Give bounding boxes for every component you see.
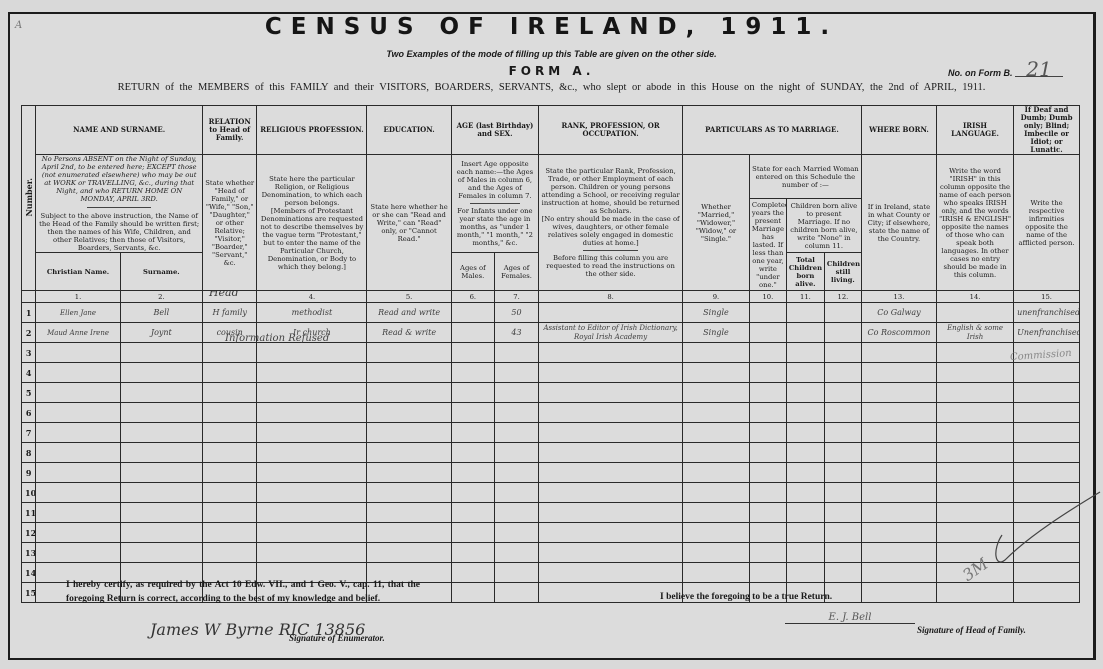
occupation-header: RANK, PROFESSION, OR OCCUPATION.: [539, 106, 683, 155]
form-b-value: 21: [1015, 62, 1063, 77]
cell-born: [861, 523, 936, 543]
cell-age-m: [451, 563, 494, 583]
cell-marriage: [683, 503, 750, 523]
cell-marriage: [683, 443, 750, 463]
religion-instructions: State here the particular Religion, or R…: [257, 155, 367, 291]
cell-age-m: [451, 483, 494, 503]
row-number: 7: [22, 423, 36, 443]
column-numbers-row: 1.2. 3.Head 4.5. 6.7. 8.9. 10.11. 12.13.…: [22, 291, 1080, 303]
cell-education: [367, 463, 451, 483]
cell-age-m: [451, 323, 494, 343]
cell-born: [861, 383, 936, 403]
cell-surname: [120, 523, 202, 543]
cell-infirmity: [1014, 443, 1080, 463]
cell-christian: [36, 423, 120, 443]
cell-age-m: [451, 403, 494, 423]
cell-age-f: [494, 523, 538, 543]
cell-total: [786, 403, 824, 423]
return-instruction: RETURN of the MEMBERS of this FAMILY and…: [0, 82, 1103, 93]
irish-language-header: IRISH LANGUAGE.: [936, 106, 1013, 155]
cell-education: [367, 443, 451, 463]
cell-occupation: [539, 403, 683, 423]
cell-marriage: [683, 523, 750, 543]
cell-born: [861, 443, 936, 463]
cell-christian: [36, 543, 120, 563]
cell-relation: [202, 383, 256, 403]
cell-living: [824, 303, 861, 323]
surname-header: Surname.: [120, 253, 202, 291]
cell-surname: Joynt: [120, 323, 202, 343]
form-label: FORM A.: [0, 64, 1103, 78]
cell-born: [861, 363, 936, 383]
cell-religion: [257, 523, 367, 543]
cell-irish: [936, 383, 1013, 403]
table-row: 12: [22, 523, 1080, 543]
ages-males-header: Ages of Males.: [451, 253, 494, 291]
cell-occupation: [539, 503, 683, 523]
form-b-label: No. on Form B.: [948, 68, 1013, 78]
information-refused-note: Information Refused: [225, 333, 329, 344]
cell-occupation: [539, 423, 683, 443]
table-row: 10: [22, 483, 1080, 503]
cell-born: [861, 483, 936, 503]
cell-religion: [257, 423, 367, 443]
cell-relation: H family: [202, 303, 256, 323]
cell-total: [786, 383, 824, 403]
married-woman-instructions: State for each Married Woman entered on …: [749, 155, 861, 199]
cell-living: [824, 363, 861, 383]
cell-irish: [936, 463, 1013, 483]
cell-irish: [936, 403, 1013, 423]
cell-infirmity: [1014, 423, 1080, 443]
census-rows: 1Ellen JaneBellH familymethodistRead and…: [22, 303, 1080, 603]
children-living-header: Children still living.: [824, 253, 861, 291]
table-row: 8: [22, 443, 1080, 463]
cell-infirmity: unenfranchised: [1014, 303, 1080, 323]
cell-born: [861, 503, 936, 523]
row-number: 10: [22, 483, 36, 503]
cell-total: [786, 363, 824, 383]
cell-religion: [257, 443, 367, 463]
cell-total: [786, 343, 824, 363]
cell-years: [749, 463, 786, 483]
cell-relation: [202, 443, 256, 463]
cell-relation: [202, 503, 256, 523]
row-number: 4: [22, 363, 36, 383]
cell-irish: English & some Irish: [936, 323, 1013, 343]
cell-age-f: [494, 423, 538, 443]
cell-living: [824, 503, 861, 523]
cell-years: [749, 343, 786, 363]
cell-born: [861, 543, 936, 563]
cell-marriage: [683, 343, 750, 363]
cell-age-f: [494, 563, 538, 583]
cell-surname: [120, 463, 202, 483]
cell-living: [824, 383, 861, 403]
cell-age-m: [451, 583, 494, 603]
table-row: 5: [22, 383, 1080, 403]
cell-christian: [36, 343, 120, 363]
cell-age-m: [451, 443, 494, 463]
row-number: 11: [22, 503, 36, 523]
cell-age-f: [494, 343, 538, 363]
cell-christian: Maud Anne Irene: [36, 323, 120, 343]
true-return-statement: I believe the foregoing to be a true Ret…: [660, 592, 832, 602]
form-subtitle: Two Examples of the mode of filling up t…: [0, 49, 1103, 59]
cell-age-m: [451, 303, 494, 323]
cell-living: [824, 563, 861, 583]
table-row: 11: [22, 503, 1080, 523]
cell-education: [367, 403, 451, 423]
row-number: 12: [22, 523, 36, 543]
relation-header: RELATION to Head of Family.: [202, 106, 256, 155]
head-of-family-signature: E. J. Bell: [785, 612, 915, 624]
cell-age-f: [494, 543, 538, 563]
cell-born: [861, 403, 936, 423]
cell-total: [786, 483, 824, 503]
cell-age-m: [451, 503, 494, 523]
cell-years: [749, 503, 786, 523]
cell-surname: [120, 363, 202, 383]
cell-infirmity: [1014, 383, 1080, 403]
cell-education: [367, 523, 451, 543]
cell-age-f: [494, 383, 538, 403]
cell-relation: [202, 423, 256, 443]
cell-irish: [936, 363, 1013, 383]
cell-marriage: [683, 543, 750, 563]
cell-surname: [120, 343, 202, 363]
cell-age-f: 43: [494, 323, 538, 343]
cell-living: [824, 323, 861, 343]
cell-living: [824, 423, 861, 443]
cell-total: [786, 523, 824, 543]
row-number: 15: [22, 583, 36, 603]
cell-total: [786, 563, 824, 583]
cell-christian: [36, 503, 120, 523]
row-number: 13: [22, 543, 36, 563]
cell-age-m: [451, 383, 494, 403]
table-row: 7: [22, 423, 1080, 443]
cell-born: [861, 583, 936, 603]
cell-occupation: [539, 363, 683, 383]
cell-relation: [202, 363, 256, 383]
marriage-header: PARTICULARS AS TO MARRIAGE.: [683, 106, 862, 155]
cell-years: [749, 363, 786, 383]
cell-relation: [202, 543, 256, 563]
cell-living: [824, 463, 861, 483]
cell-born: [861, 463, 936, 483]
cell-years: [749, 443, 786, 463]
cell-irish: [936, 303, 1013, 323]
cell-education: Read and write: [367, 303, 451, 323]
cell-marriage: [683, 463, 750, 483]
cell-surname: [120, 503, 202, 523]
cell-age-f: [494, 443, 538, 463]
cell-religion: [257, 463, 367, 483]
form-title: CENSUS OF IRELAND, 1911.: [0, 14, 1103, 40]
age-instructions: Insert Age opposite each name:—the Ages …: [451, 155, 538, 253]
cell-age-f: [494, 403, 538, 423]
cell-years: [749, 543, 786, 563]
years-married-instructions: Completed years the present Marriage has…: [749, 199, 786, 291]
cell-marriage: Single: [683, 323, 750, 343]
cell-marriage: [683, 563, 750, 583]
cell-religion: [257, 383, 367, 403]
cell-christian: [36, 463, 120, 483]
cell-total: [786, 443, 824, 463]
cell-born: [861, 423, 936, 443]
cell-relation: [202, 343, 256, 363]
cell-christian: [36, 443, 120, 463]
where-born-instructions: If in Ireland, state in what County or C…: [861, 155, 936, 291]
cell-born: [861, 343, 936, 363]
cell-irish: [936, 423, 1013, 443]
cell-age-f: [494, 583, 538, 603]
cell-age-m: [451, 343, 494, 363]
cell-education: [367, 543, 451, 563]
name-surname-header: NAME AND SURNAME.: [36, 106, 203, 155]
table-row: 4: [22, 363, 1080, 383]
cell-relation: [202, 463, 256, 483]
cell-total: [786, 543, 824, 563]
cell-education: [367, 503, 451, 523]
cell-education: [367, 363, 451, 383]
cell-religion: [257, 543, 367, 563]
cell-surname: [120, 423, 202, 443]
cell-years: [749, 423, 786, 443]
row-number: 5: [22, 383, 36, 403]
cell-religion: [257, 363, 367, 383]
cell-age-m: [451, 423, 494, 443]
table-row: 2Maud Anne IreneJoyntcousinIr churchRead…: [22, 323, 1080, 343]
row-number: 8: [22, 443, 36, 463]
cell-infirmity: [1014, 363, 1080, 383]
name-instructions: No Persons ABSENT on the Night of Sunday…: [36, 155, 203, 253]
certification-text: I hereby certify, as required by the Act…: [40, 578, 420, 606]
marital-status-instructions: Whether "Married," "Widower," "Widow," o…: [683, 155, 750, 291]
cell-years: [749, 483, 786, 503]
cell-years: [749, 323, 786, 343]
table-row: 3: [22, 343, 1080, 363]
row-number: 9: [22, 463, 36, 483]
cell-infirmity: [1014, 403, 1080, 423]
cell-born: Co Roscommon: [861, 323, 936, 343]
cell-occupation: [539, 463, 683, 483]
cell-christian: [36, 483, 120, 503]
total-children-header: Total Children born alive.: [786, 253, 824, 291]
cell-age-f: [494, 363, 538, 383]
cell-years: [749, 403, 786, 423]
cell-born: Co Galway: [861, 303, 936, 323]
row-number: 6: [22, 403, 36, 423]
cell-education: [367, 483, 451, 503]
head-annotation: Head: [209, 291, 239, 298]
religion-header: RELIGIOUS PROFESSION.: [257, 106, 367, 155]
cell-religion: [257, 343, 367, 363]
cell-occupation: [539, 383, 683, 403]
christian-name-header: Christian Name.: [36, 253, 120, 291]
cell-infirmity: [1014, 463, 1080, 483]
cell-total: [786, 303, 824, 323]
cell-total: [786, 503, 824, 523]
cell-surname: Bell: [120, 303, 202, 323]
census-table: Number. NAME AND SURNAME. RELATION to He…: [21, 105, 1080, 603]
infirmity-header: If Deaf and Dumb; Dumb only; Blind; Imbe…: [1014, 106, 1080, 155]
cell-marriage: [683, 403, 750, 423]
cell-education: [367, 383, 451, 403]
cell-occupation: [539, 343, 683, 363]
cell-surname: [120, 483, 202, 503]
row-number: 1: [22, 303, 36, 323]
irish-instructions: Write the word "IRISH" in this column op…: [936, 155, 1013, 291]
pencil-stroke-icon: [990, 490, 1103, 570]
cell-age-f: [494, 503, 538, 523]
cell-occupation: [539, 543, 683, 563]
cell-occupation: [539, 483, 683, 503]
cell-marriage: [683, 483, 750, 503]
cell-living: [824, 403, 861, 423]
cell-religion: [257, 503, 367, 523]
number-header: Number.: [22, 106, 36, 291]
cell-occupation: [539, 523, 683, 543]
cell-living: [824, 343, 861, 363]
cell-total: [786, 463, 824, 483]
cell-age-m: [451, 463, 494, 483]
cell-irish: [936, 583, 1013, 603]
cell-infirmity: Unenfranchised: [1014, 323, 1080, 343]
cell-religion: [257, 483, 367, 503]
cell-religion: [257, 403, 367, 423]
where-born-header: WHERE BORN.: [861, 106, 936, 155]
cell-occupation: [539, 303, 683, 323]
cell-religion: methodist: [257, 303, 367, 323]
cell-years: [749, 303, 786, 323]
cell-marriage: [683, 383, 750, 403]
cell-christian: [36, 523, 120, 543]
cell-christian: Ellen Jane: [36, 303, 120, 323]
cell-living: [824, 483, 861, 503]
form-b-number: No. on Form B. 21: [948, 62, 1063, 78]
cell-education: [367, 423, 451, 443]
row-number: 14: [22, 563, 36, 583]
cell-age-m: [451, 543, 494, 563]
cell-surname: [120, 403, 202, 423]
cell-living: [824, 543, 861, 563]
table-row: 13: [22, 543, 1080, 563]
cell-years: [749, 563, 786, 583]
education-header: EDUCATION.: [367, 106, 451, 155]
age-header: AGE (last Birthday) and SEX.: [451, 106, 538, 155]
cell-age-f: [494, 483, 538, 503]
cell-total: [786, 423, 824, 443]
cell-relation: [202, 403, 256, 423]
cell-occupation: [539, 443, 683, 463]
cell-living: [824, 523, 861, 543]
cell-marriage: Single: [683, 303, 750, 323]
cell-marriage: [683, 363, 750, 383]
cell-age-m: [451, 363, 494, 383]
cell-irish: [936, 343, 1013, 363]
cell-christian: [36, 363, 120, 383]
ages-females-header: Ages of Females.: [494, 253, 538, 291]
cell-years: [749, 383, 786, 403]
cell-surname: [120, 443, 202, 463]
relation-instructions: State whether "Head of Family," or "Wife…: [202, 155, 256, 291]
cell-occupation: Assistant to Editor of Irish Dictionary,…: [539, 323, 683, 343]
cell-age-f: 50: [494, 303, 538, 323]
cell-irish: [936, 443, 1013, 463]
head-signature-label: Signature of Head of Family.: [917, 625, 1026, 635]
cell-age-m: [451, 523, 494, 543]
cell-living: [824, 443, 861, 463]
cell-education: [367, 343, 451, 363]
table-row: 9: [22, 463, 1080, 483]
education-instructions: State here whether he or she can "Read a…: [367, 155, 451, 291]
cell-born: [861, 563, 936, 583]
infirmity-instructions: Write the respective infirmities opposit…: [1014, 155, 1080, 291]
cell-relation: [202, 523, 256, 543]
children-instructions: Children born alive to present Marriage.…: [786, 199, 861, 253]
cell-marriage: [683, 423, 750, 443]
enumerator-signature-label: Signature of Enumerator.: [289, 633, 385, 643]
table-row: 6: [22, 403, 1080, 423]
cell-age-f: [494, 463, 538, 483]
cell-christian: [36, 383, 120, 403]
row-number: 3: [22, 343, 36, 363]
cell-total: [786, 323, 824, 343]
cell-occupation: [539, 563, 683, 583]
row-number: 2: [22, 323, 36, 343]
occupation-instructions: State the particular Rank, Profession, T…: [539, 155, 683, 291]
cell-relation: [202, 483, 256, 503]
cell-infirmity: [1014, 583, 1080, 603]
cell-years: [749, 523, 786, 543]
cell-christian: [36, 403, 120, 423]
cell-education: Read & write: [367, 323, 451, 343]
cell-surname: [120, 543, 202, 563]
cell-surname: [120, 383, 202, 403]
table-row: 1Ellen JaneBellH familymethodistRead and…: [22, 303, 1080, 323]
